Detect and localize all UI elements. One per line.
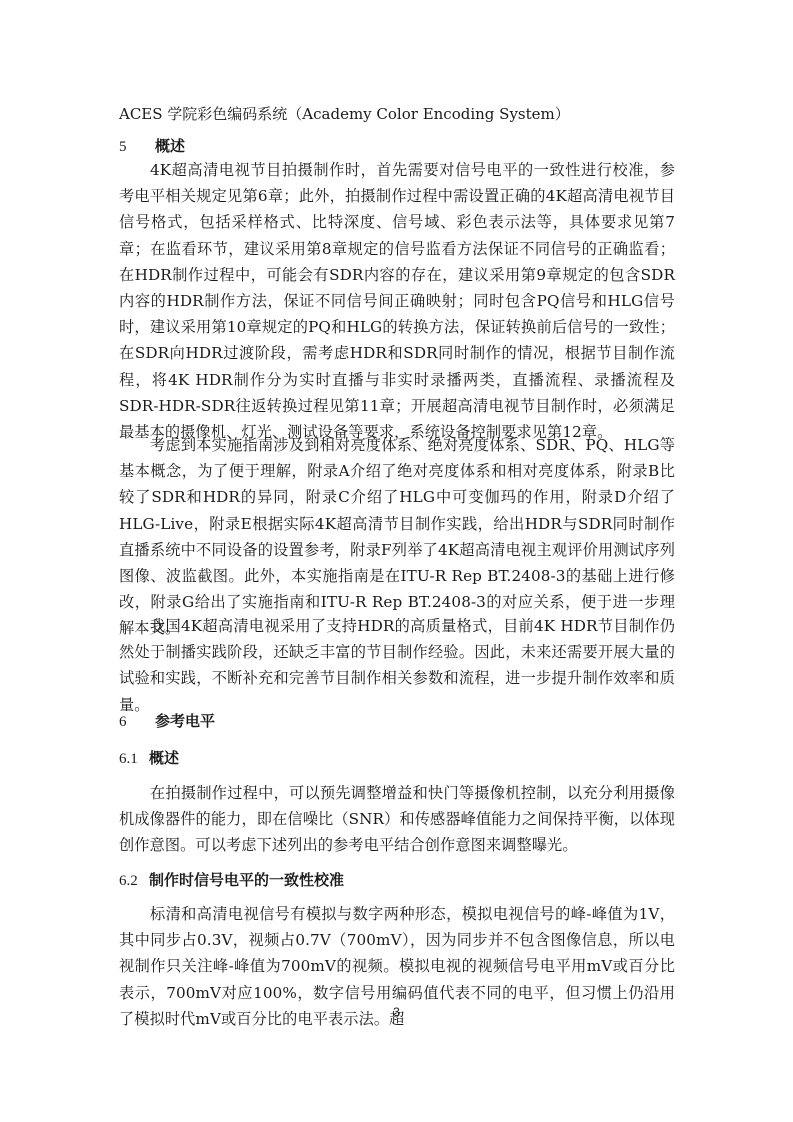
section-title: 参考电平 <box>155 712 215 730</box>
section-number: 5 <box>119 135 155 159</box>
section-title: 制作时信号电平的一致性校准 <box>149 871 344 889</box>
paragraph-6-1: 在拍摄制作过程中，可以预先调整增益和快门等摄像机控制，以充分利用摄像机成像器件的… <box>119 780 675 859</box>
section-heading-5: 5概述 <box>119 134 185 159</box>
section-number: 6.1 <box>119 747 149 771</box>
section-heading-6: 6参考电平 <box>119 709 215 734</box>
abbreviation-entry-aces: ACES 学院彩色编码系统（Academy Color Encoding Sys… <box>119 101 675 127</box>
paragraph-overview-2: 考虑到本实施指南涉及到相对亮度体系、绝对亮度体系、SDR、PQ、HLG等基本概念… <box>119 432 675 642</box>
section-heading-6-2: 6.2制作时信号电平的一致性校准 <box>119 868 344 893</box>
paragraph-overview-3: 我国4K超高清电视采用了支持HDR的高质量格式，目前4K HDR节目制作仍然处于… <box>119 613 675 718</box>
section-number: 6 <box>119 710 155 734</box>
paragraph-overview-1: 4K超高清电视节目拍摄制作时，首先需要对信号电平的一致性进行校准，参考电平相关规… <box>119 157 675 445</box>
section-title: 概述 <box>155 137 185 155</box>
section-number: 6.2 <box>119 869 149 893</box>
page-number: 3 <box>0 1005 793 1019</box>
section-heading-6-1: 6.1概述 <box>119 746 179 771</box>
section-title: 概述 <box>149 749 179 767</box>
